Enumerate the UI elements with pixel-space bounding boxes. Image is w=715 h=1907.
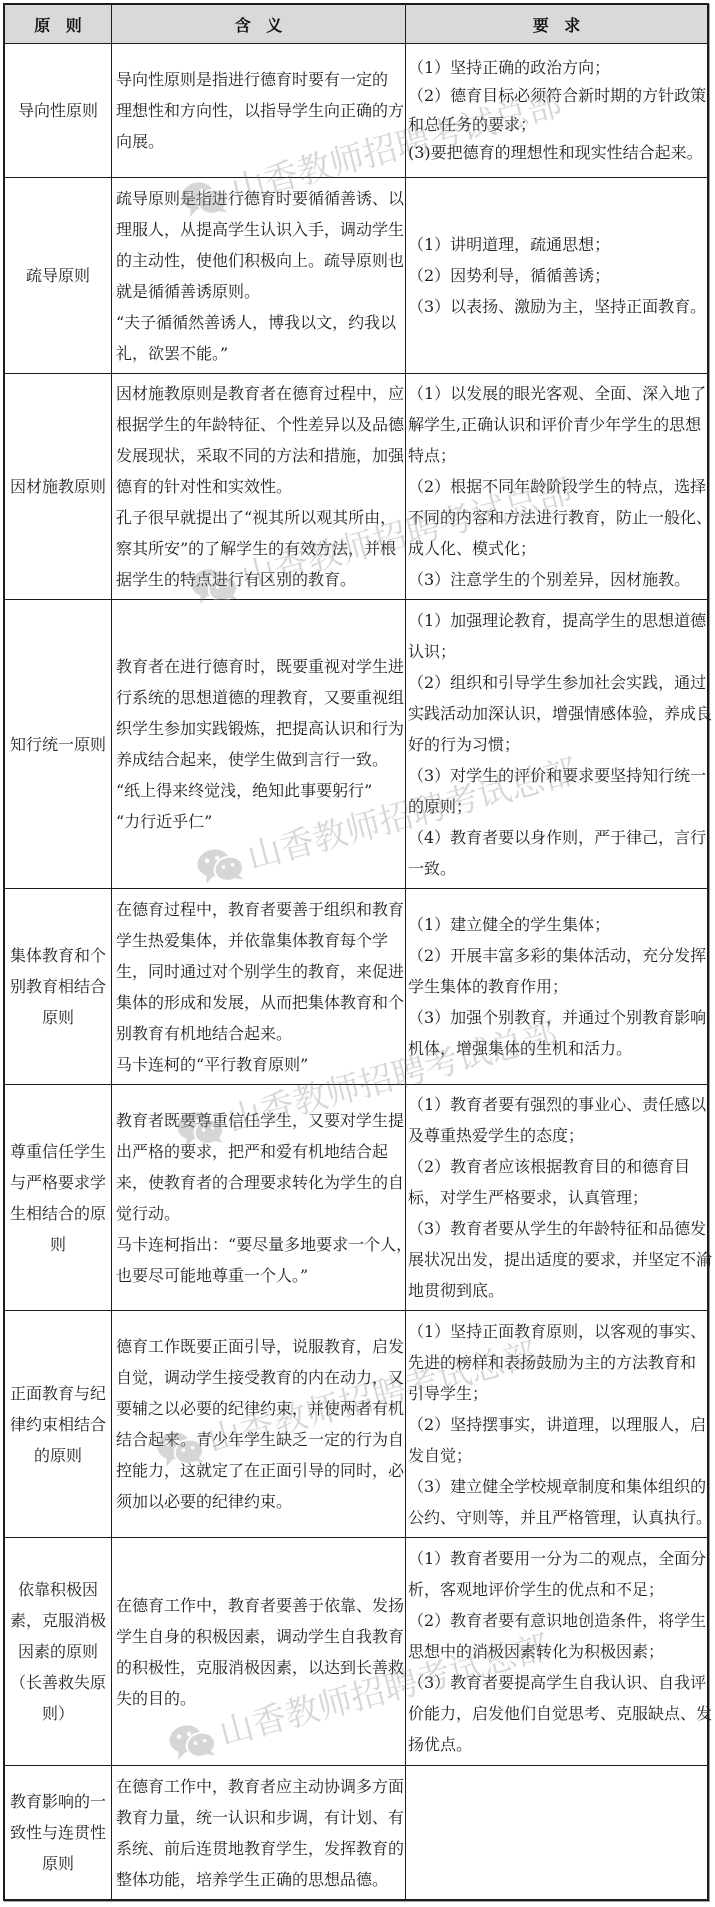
text-line: 出严格的要求，把严和爱有机地结合起 — [116, 1136, 405, 1167]
text-line: 及尊重热爱学生的态度； — [408, 1120, 707, 1151]
text-line: （3）教育者要从学生的年龄特征和品德发 — [408, 1213, 707, 1244]
text-line: 引导学生； — [408, 1378, 707, 1409]
text-line: （2）教育者要有意识地创造条件，将学生 — [408, 1605, 707, 1636]
text-line: 孔子很早就提出了“视其所以观其所由， — [116, 502, 405, 533]
text-line: 马卡连柯指出：“要尽量多地要求一个人， — [116, 1229, 405, 1260]
text-line: 也要尽可能地尊重一个人。” — [116, 1260, 405, 1291]
text-line: 失的目的。 — [116, 1683, 405, 1714]
principle-line: 知行统一原则 — [10, 729, 106, 760]
text-line: （3）注意学生的个别差异，因材施教。 — [408, 564, 707, 595]
text-line: 导向性原则是指进行德育时要有一定的 — [116, 64, 405, 95]
principle-line: 与严格要求学 — [10, 1167, 106, 1198]
text-line: 礼，欲罢不能。” — [116, 338, 405, 369]
text-line: 据学生的特点进行有区别的教育。 — [116, 564, 405, 595]
requirement-item: （2）坚持摆事实，讲道理，以理服人，启 发自觉； — [408, 1409, 707, 1471]
text-line: 特点； — [408, 440, 707, 471]
meaning-cell: 在德育过程中，教育者要善于组织和教育 学生热爱集体，并依靠集体教育每个学 生，同… — [112, 889, 406, 1084]
text-line: （2）因势利导，循循善诱； — [408, 260, 707, 291]
text-line: 马卡连柯的“平行教育原则” — [116, 1049, 405, 1080]
text-line: 公约、守则等，并且严格管理，认真执行。 — [408, 1502, 707, 1533]
text-line: 察其所安”的了解学生的有效方法，并根 — [116, 533, 405, 564]
meaning-quote: 马卡连柯指出：“要尽量多地要求一个人， 也要尽可能地尊重一个人。” — [116, 1229, 405, 1291]
requirement-item: （3）加强个别教育，并通过个别教育影响 机体，增强集体的生机和活力。 — [408, 1002, 707, 1064]
meaning-paragraph: 因材施教原则是教育者在德育过程中，应 根据学生的年龄特征、个性差异以及品德 发展… — [116, 378, 405, 502]
text-line: （3）建立健全学校规章制度和集体组织的 — [408, 1471, 707, 1502]
text-line: （2）德育目标必须符合新时期的方针政策 — [408, 82, 707, 111]
text-line: 学生热爱集体，并依靠集体教育每个学 — [116, 925, 405, 956]
table-row: 因材施教原则 因材施教原则是教育者在德育过程中，应 根据学生的年龄特征、个性差异… — [5, 374, 707, 600]
text-line: （1）教育者要有强烈的事业心、责任感以 — [408, 1089, 707, 1120]
text-line: 理想性和方向性，以指导学生向正确的方 — [116, 95, 405, 126]
meaning-cell: 导向性原则是指进行德育时要有一定的 理想性和方向性，以指导学生向正确的方 向展。 — [112, 44, 406, 177]
requirements-cell: （1）坚持正面教育原则，以客观的事实、 先进的榜样和表扬鼓励为主的方法教育和 引… — [406, 1311, 707, 1537]
text-line: 地贯彻到底。 — [408, 1275, 707, 1306]
meaning-paragraph: 教育者在进行德育时，既要重视对学生进 行系统的思想道德的理教育，又要重视组 织学… — [116, 651, 405, 775]
requirement-item: （1）讲明道理，疏通思想； — [408, 229, 707, 260]
principle-line: 生相结合的原 — [10, 1198, 106, 1229]
text-line: 思想中的消极因素转化为积极因素； — [408, 1636, 707, 1667]
text-line: 理服人，从提高学生认识入手，调动学生 — [116, 214, 405, 245]
requirement-item: （3）教育者要从学生的年龄特征和品德发 展状况出发，提出适度的要求，并坚定不渝 … — [408, 1213, 707, 1306]
requirement-item: （1）建立健全的学生集体； — [408, 909, 707, 940]
text-line: 觉行动。 — [116, 1198, 405, 1229]
text-line: 教育者既要尊重信任学生，又要对学生提 — [116, 1105, 405, 1136]
requirements-cell: （1）加强理论教育，提高学生的思想道德 认识； （2）组织和引导学生参加社会实践… — [406, 600, 707, 888]
text-line: 德育工作既要正面引导，说服教育，启发 — [116, 1331, 405, 1362]
meaning-paragraph: 德育工作既要正面引导，说服教育，启发 自觉，调动学生接受教育的内在动力，又 要辅… — [116, 1331, 405, 1517]
requirement-item: （1）加强理论教育，提高学生的思想道德 认识； — [408, 605, 707, 667]
principle-line: 则） — [42, 1698, 74, 1729]
text-line: 向展。 — [116, 126, 405, 157]
text-line: 机体，增强集体的生机和活力。 — [408, 1033, 707, 1064]
text-line: 不同的内容和方法进行教育，防止一般化、 — [408, 502, 707, 533]
principle-line: 疏导原则 — [26, 260, 90, 291]
text-line: 集体的形成和发展，从而把集体教育和个 — [116, 987, 405, 1018]
text-line: (3)要把德育的理想性和现实性结合起来。 — [408, 139, 707, 168]
text-line: （3）加强个别教育，并通过个别教育影响 — [408, 1002, 707, 1033]
text-line: “力行近乎仁” — [116, 806, 405, 837]
meaning-paragraph: 疏导原则是指进行德育时要循循善诱、以 理服人，从提高学生认识入手，调动学生 的主… — [116, 183, 405, 307]
meaning-paragraph: 导向性原则是指进行德育时要有一定的 理想性和方向性，以指导学生向正确的方 向展。 — [116, 64, 405, 157]
principle-line: 素，克服消极 — [10, 1605, 106, 1636]
requirements-cell: （1）坚持正确的政治方向； （2）德育目标必须符合新时期的方针政策 和总任务的要… — [406, 44, 707, 177]
moral-education-principles-table: 原 则 含 义 要 求 导向性原则 导向性原则是指进行德育时要有一定的 理想性和… — [3, 3, 709, 1901]
table-row: 正面教育与纪 律约束相结合 的原则 德育工作既要正面引导，说服教育，启发 自觉，… — [5, 1311, 707, 1538]
text-line: 就是循循善诱原则。 — [116, 276, 405, 307]
text-line: 要辅之以必要的纪律约束，并使两者有机 — [116, 1393, 405, 1424]
principle-line: （长善救失原 — [10, 1667, 106, 1698]
principle-line: 教育影响的一 — [10, 1786, 106, 1817]
text-line: 控能力，这就定了在正面引导的同时，必 — [116, 1455, 405, 1486]
text-line: 和总任务的要求； — [408, 111, 707, 140]
text-line: 的原则； — [408, 791, 707, 822]
text-line: 发展现状，采取不同的方法和措施，加强 — [116, 440, 405, 471]
header-requirements: 要 求 — [406, 5, 707, 43]
text-line: 好的行为习惯； — [408, 729, 707, 760]
requirement-item: （1）坚持正面教育原则，以客观的事实、 先进的榜样和表扬鼓励为主的方法教育和 引… — [408, 1316, 707, 1409]
principle-cell: 疏导原则 — [5, 178, 112, 373]
table-row: 知行统一原则 教育者在进行德育时，既要重视对学生进 行系统的思想道德的理教育，又… — [5, 600, 707, 889]
text-line: 教育者在进行德育时，既要重视对学生进 — [116, 651, 405, 682]
text-line: （1）讲明道理，疏通思想； — [408, 229, 707, 260]
text-line: 疏导原则是指进行德育时要循循善诱、以 — [116, 183, 405, 214]
meaning-paragraph: 教育者既要尊重信任学生，又要对学生提 出严格的要求，把严和爱有机地结合起 来，使… — [116, 1105, 405, 1229]
requirement-item: (3)要把德育的理想性和现实性结合起来。 — [408, 139, 707, 168]
principle-cell: 尊重信任学生 与严格要求学 生相结合的原 则 — [5, 1085, 112, 1310]
requirements-cell: （1）讲明道理，疏通思想； （2）因势利导，循循善诱； （3）以表扬、激励为主，… — [406, 178, 707, 373]
table-header-row: 原 则 含 义 要 求 — [5, 5, 707, 44]
table-row: 导向性原则 导向性原则是指进行德育时要有一定的 理想性和方向性，以指导学生向正确… — [5, 44, 707, 178]
text-line: 来，使教育者的合理要求转化为学生的自 — [116, 1167, 405, 1198]
meaning-cell: 在德育工作中，教育者要善于依靠、发扬 学生自身的积极因素，调动学生自我教育 的积… — [112, 1538, 406, 1765]
text-line: 因材施教原则是教育者在德育过程中，应 — [116, 378, 405, 409]
text-line: 学生集体的教育作用； — [408, 971, 707, 1002]
text-line: 整体功能，培养学生正确的思想品德。 — [116, 1864, 405, 1895]
principle-line: 别教育相结合 — [10, 971, 106, 1002]
text-line: 教育力量，统一认识和步调，有计划、有 — [116, 1802, 405, 1833]
meaning-quote: “夫子循循然善诱人，博我以文，约我以 礼，欲罢不能。” — [116, 307, 405, 369]
text-line: （2）坚持摆事实，讲道理，以理服人，启 — [408, 1409, 707, 1440]
principle-cell: 依靠积极因 素，克服消极 因素的原则 （长善救失原 则） — [5, 1538, 112, 1765]
requirement-item: （2）根据不同年龄阶段学生的特点，选择 不同的内容和方法进行教育，防止一般化、 … — [408, 471, 707, 564]
text-line: 学生自身的积极因素，调动学生自我教育 — [116, 1621, 405, 1652]
requirement-item: （1）坚持正确的政治方向； — [408, 54, 707, 83]
principle-cell: 正面教育与纪 律约束相结合 的原则 — [5, 1311, 112, 1537]
requirement-item: （2）教育者要有意识地创造条件，将学生 思想中的消极因素转化为积极因素； — [408, 1605, 707, 1667]
meaning-quote: “力行近乎仁” — [116, 806, 405, 837]
table-row: 教育影响的一 致性与连贯性 原则 在德育工作中，教育者应主动协调多方面 教育力量… — [5, 1766, 707, 1899]
requirement-item: （3）对学生的评价和要求要坚持知行统一 的原则； — [408, 760, 707, 822]
requirement-item: （1）教育者要用一分为二的观点，全面分 析，客观地评价学生的优点和不足； — [408, 1543, 707, 1605]
text-line: 织学生参加实践锻炼，把提高认识和行为 — [116, 713, 405, 744]
text-line: 展状况出发，提出适度的要求，并坚定不渝 — [408, 1244, 707, 1275]
meaning-cell: 在德育工作中，教育者应主动协调多方面 教育力量，统一认识和步调，有计划、有 系统… — [112, 1766, 406, 1899]
text-line: （2）根据不同年龄阶段学生的特点，选择 — [408, 471, 707, 502]
meaning-cell: 教育者既要尊重信任学生，又要对学生提 出严格的要求，把严和爱有机地结合起 来，使… — [112, 1085, 406, 1310]
header-meaning: 含 义 — [112, 5, 406, 43]
principle-cell: 知行统一原则 — [5, 600, 112, 888]
text-line: 生，同时通过对个别学生的教育，来促进 — [116, 956, 405, 987]
text-line: “纸上得来终觉浅，绝知此事要躬行” — [116, 775, 405, 806]
meaning-quote: 孔子很早就提出了“视其所以观其所由， 察其所安”的了解学生的有效方法，并根 据学… — [116, 502, 405, 595]
text-line: 先进的榜样和表扬鼓励为主的方法教育和 — [408, 1347, 707, 1378]
requirement-item: （1）以发展的眼光客观、全面、深入地了 解学生,正确认识和评价青少年学生的思想 … — [408, 378, 707, 471]
text-line: （3）以表扬、激励为主，坚持正面教育。 — [408, 291, 707, 322]
text-line: 结合起来。青少年学生缺乏一定的行为自 — [116, 1424, 405, 1455]
principle-line: 正面教育与纪 — [10, 1378, 106, 1409]
principle-cell: 教育影响的一 致性与连贯性 原则 — [5, 1766, 112, 1899]
header-principle: 原 则 — [5, 5, 112, 43]
text-line: 解学生,正确认识和评价青少年学生的思想 — [408, 409, 707, 440]
principle-line: 导向性原则 — [18, 95, 98, 126]
text-line: 在德育过程中，教育者要善于组织和教育 — [116, 894, 405, 925]
text-line: （1）坚持正确的政治方向； — [408, 54, 707, 83]
table-row: 依靠积极因 素，克服消极 因素的原则 （长善救失原 则） 在德育工作中，教育者要… — [5, 1538, 707, 1766]
meaning-paragraph: 在德育过程中，教育者要善于组织和教育 学生热爱集体，并依靠集体教育每个学 生，同… — [116, 894, 405, 1049]
text-line: 系统、前后连贯地教育学生，发挥教育的 — [116, 1833, 405, 1864]
principle-line: 原则 — [42, 1002, 74, 1033]
meaning-cell: 疏导原则是指进行德育时要循循善诱、以 理服人，从提高学生认识入手，调动学生 的主… — [112, 178, 406, 373]
table-row: 疏导原则 疏导原则是指进行德育时要循循善诱、以 理服人，从提高学生认识入手，调动… — [5, 178, 707, 374]
text-line: 析，客观地评价学生的优点和不足； — [408, 1574, 707, 1605]
meaning-paragraph: 在德育工作中，教育者应主动协调多方面 教育力量，统一认识和步调，有计划、有 系统… — [116, 1771, 405, 1895]
principle-line: 依靠积极因 — [18, 1574, 98, 1605]
text-line: 的积极性，克服消极因素，以达到长善救 — [116, 1652, 405, 1683]
principle-line: 集体教育和个 — [10, 940, 106, 971]
text-line: （1）坚持正面教育原则，以客观的事实、 — [408, 1316, 707, 1347]
text-line: 发自觉； — [408, 1440, 707, 1471]
principle-line: 原则 — [42, 1848, 74, 1879]
requirement-item: （2）开展丰富多彩的集体活动，充分发挥 学生集体的教育作用； — [408, 940, 707, 1002]
text-line: 根据学生的年龄特征、个性差异以及品德 — [116, 409, 405, 440]
text-line: （3）教育者要提高学生自我认识、自我评 — [408, 1667, 707, 1698]
text-line: 在德育工作中，教育者要善于依靠、发扬 — [116, 1590, 405, 1621]
text-line: 一致。 — [408, 853, 707, 884]
text-line: （2）教育者应该根据教育目的和德育目 — [408, 1151, 707, 1182]
text-line: （2）组织和引导学生参加社会实践，通过 — [408, 667, 707, 698]
requirements-cell: （1）教育者要用一分为二的观点，全面分 析，客观地评价学生的优点和不足； （2）… — [406, 1538, 707, 1765]
text-line: （3）对学生的评价和要求要坚持知行统一 — [408, 760, 707, 791]
principle-line: 尊重信任学生 — [10, 1136, 106, 1167]
table-row: 集体教育和个 别教育相结合 原则 在德育过程中，教育者要善于组织和教育 学生热爱… — [5, 889, 707, 1085]
text-line: 别教育有机地结合起来。 — [116, 1018, 405, 1049]
requirement-item: （2）因势利导，循循善诱； — [408, 260, 707, 291]
meaning-quote: “纸上得来终觉浅，绝知此事要躬行” — [116, 775, 405, 806]
text-line: 扬优点。 — [408, 1729, 707, 1760]
requirements-cell: （1）以发展的眼光客观、全面、深入地了 解学生,正确认识和评价青少年学生的思想 … — [406, 374, 707, 599]
principle-cell: 导向性原则 — [5, 44, 112, 177]
text-line: 德育的针对性和实效性。 — [116, 471, 405, 502]
text-line: 价能力，启发他们自觉思考、克服缺点、发 — [408, 1698, 707, 1729]
principle-line: 因素的原则 — [18, 1636, 98, 1667]
requirement-item: （1）教育者要有强烈的事业心、责任感以 及尊重热爱学生的态度； — [408, 1089, 707, 1151]
text-line: （1）以发展的眼光客观、全面、深入地了 — [408, 378, 707, 409]
text-line: 成人化、模式化； — [408, 533, 707, 564]
text-line: 行系统的思想道德的理教育，又要重视组 — [116, 682, 405, 713]
principle-line: 律约束相结合 — [10, 1409, 106, 1440]
text-line: 养成结合起来，使学生做到言行一致。 — [116, 744, 405, 775]
text-line: （2）开展丰富多彩的集体活动，充分发挥 — [408, 940, 707, 971]
text-line: 标，对学生严格要求，认真管理； — [408, 1182, 707, 1213]
text-line: （4）教育者要以身作则，严于律己，言行 — [408, 822, 707, 853]
principle-cell: 集体教育和个 别教育相结合 原则 — [5, 889, 112, 1084]
text-line: 认识； — [408, 636, 707, 667]
requirement-item: （3）建立健全学校规章制度和集体组织的 公约、守则等，并且严格管理，认真执行。 — [408, 1471, 707, 1533]
principle-line: 致性与连贯性 — [10, 1817, 106, 1848]
text-line: 的主动性，使他们积极向上。疏导原则也 — [116, 245, 405, 276]
requirement-item: （3）注意学生的个别差异，因材施教。 — [408, 564, 707, 595]
principle-line: 因材施教原则 — [10, 471, 106, 502]
requirements-cell-empty — [406, 1766, 707, 1899]
meaning-paragraph: 在德育工作中，教育者要善于依靠、发扬 学生自身的积极因素，调动学生自我教育 的积… — [116, 1590, 405, 1714]
meaning-cell: 德育工作既要正面引导，说服教育，启发 自觉，调动学生接受教育的内在动力，又 要辅… — [112, 1311, 406, 1537]
meaning-cell: 因材施教原则是教育者在德育过程中，应 根据学生的年龄特征、个性差异以及品德 发展… — [112, 374, 406, 599]
header-principle-label: 原 则 — [34, 13, 82, 36]
meaning-cell: 教育者在进行德育时，既要重视对学生进 行系统的思想道德的理教育，又要重视组 织学… — [112, 600, 406, 888]
text-line: 自觉，调动学生接受教育的内在动力，又 — [116, 1362, 405, 1393]
requirement-item: （3）教育者要提高学生自我认识、自我评 价能力，启发他们自觉思考、克服缺点、发 … — [408, 1667, 707, 1760]
requirement-item: （2）德育目标必须符合新时期的方针政策 和总任务的要求； — [408, 82, 707, 139]
document-page: 原 则 含 义 要 求 导向性原则 导向性原则是指进行德育时要有一定的 理想性和… — [0, 0, 715, 1907]
header-meaning-label: 含 义 — [235, 13, 283, 36]
requirements-cell: （1）教育者要有强烈的事业心、责任感以 及尊重热爱学生的态度； （2）教育者应该… — [406, 1085, 707, 1310]
requirement-item: （2）组织和引导学生参加社会实践，通过 实践活动加深认识，增强情感体验，养成良 … — [408, 667, 707, 760]
principle-cell: 因材施教原则 — [5, 374, 112, 599]
text-line: （1）建立健全的学生集体； — [408, 909, 707, 940]
principle-line: 则 — [50, 1229, 66, 1260]
header-requirements-label: 要 求 — [533, 13, 581, 36]
requirement-item: （2）教育者应该根据教育目的和德育目 标，对学生严格要求，认真管理； — [408, 1151, 707, 1213]
text-line: （1）教育者要用一分为二的观点，全面分 — [408, 1543, 707, 1574]
text-line: （1）加强理论教育，提高学生的思想道德 — [408, 605, 707, 636]
text-line: 实践活动加深认识，增强情感体验，养成良 — [408, 698, 707, 729]
text-line: 须加以必要的纪律约束。 — [116, 1486, 405, 1517]
table-row: 尊重信任学生 与严格要求学 生相结合的原 则 教育者既要尊重信任学生，又要对学生… — [5, 1085, 707, 1311]
text-line: “夫子循循然善诱人，博我以文，约我以 — [116, 307, 405, 338]
principle-line: 的原则 — [34, 1440, 82, 1471]
meaning-quote: 马卡连柯的“平行教育原则” — [116, 1049, 405, 1080]
text-line: 在德育工作中，教育者应主动协调多方面 — [116, 1771, 405, 1802]
requirements-cell: （1）建立健全的学生集体； （2）开展丰富多彩的集体活动，充分发挥 学生集体的教… — [406, 889, 707, 1084]
requirement-item: （4）教育者要以身作则，严于律己，言行 一致。 — [408, 822, 707, 884]
requirement-item: （3）以表扬、激励为主，坚持正面教育。 — [408, 291, 707, 322]
